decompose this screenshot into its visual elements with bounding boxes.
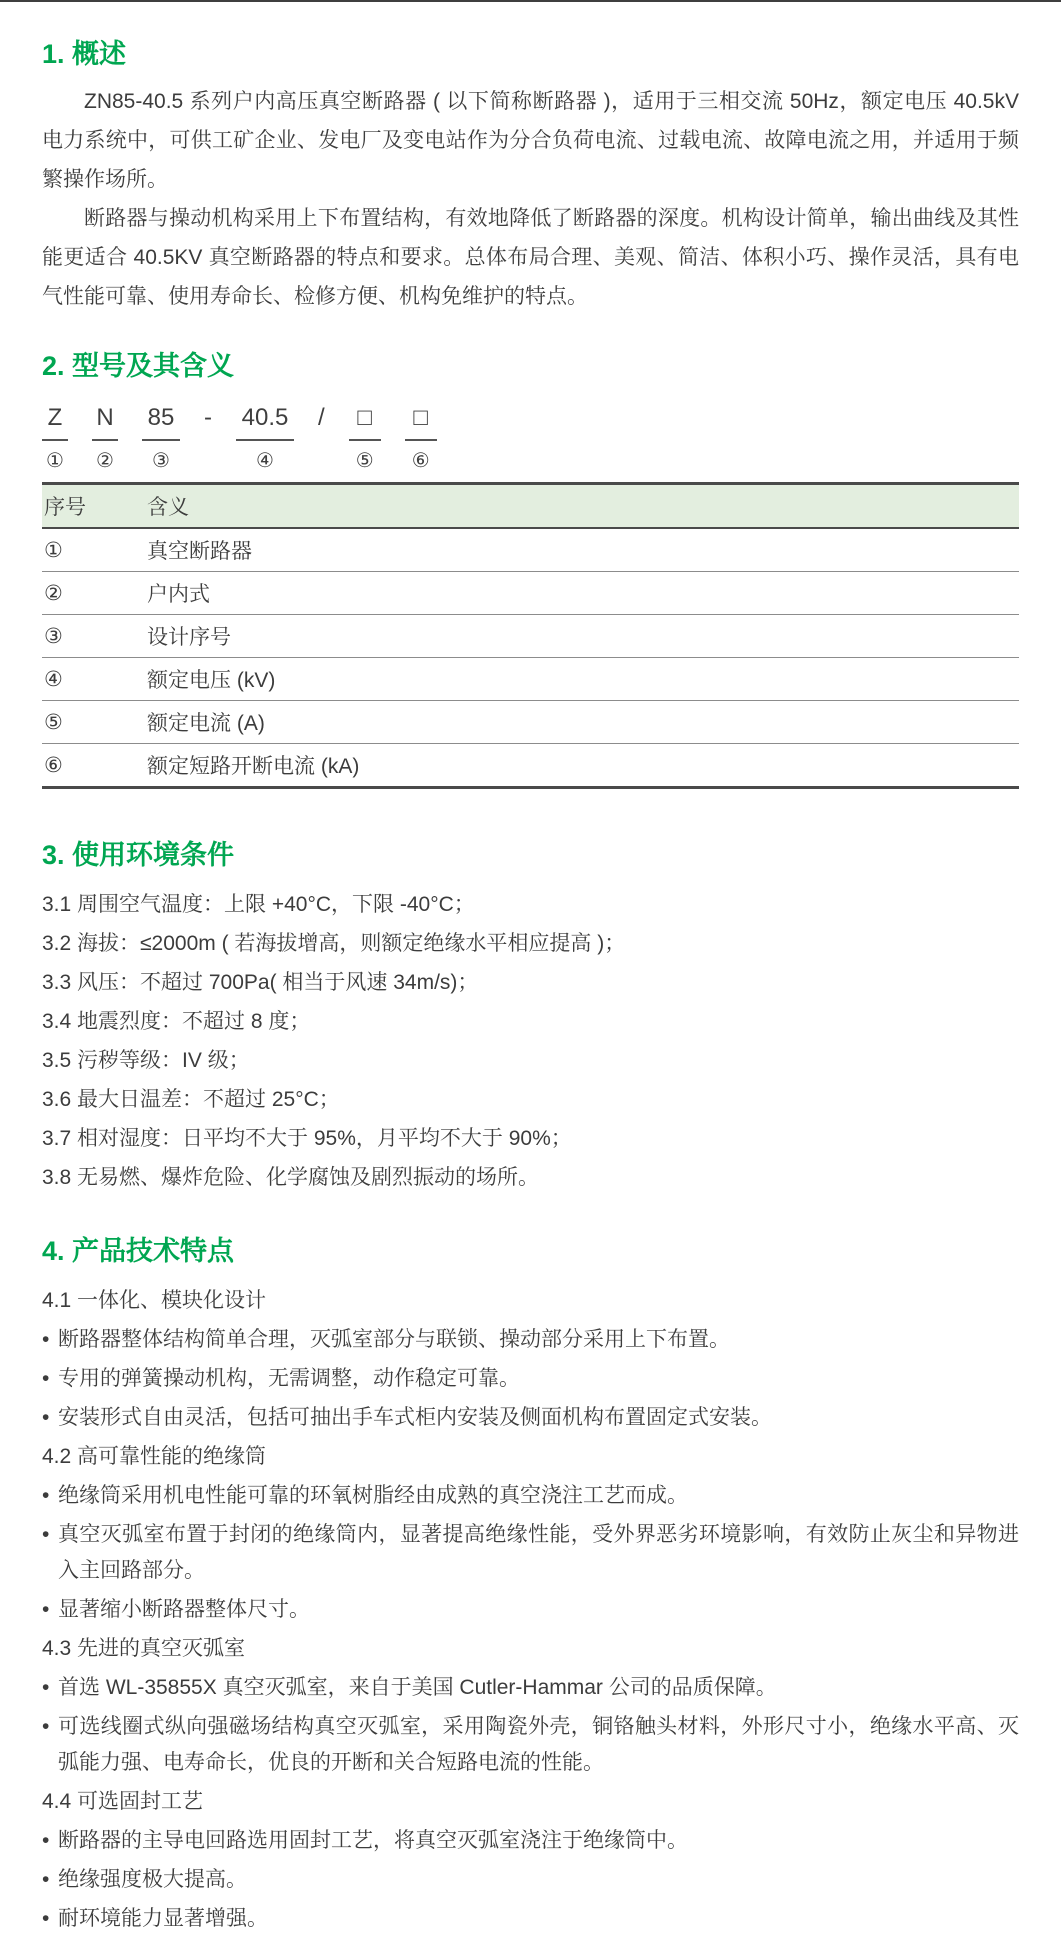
section2-title: 2. 型号及其含义 xyxy=(42,316,1019,382)
feature-bullet: • 首选 WL-35855X 真空灭弧室，来自于美国 Cutler-Hammar… xyxy=(42,1670,1019,1706)
feature-subheading: 4.4 可选固封工艺 xyxy=(42,1784,1019,1820)
row-meaning-cell: 额定电压 (kV) xyxy=(145,658,1019,701)
table-row: ② 户内式 xyxy=(42,572,1019,615)
feature-bullet-text: 真空灭弧室布置于封闭的绝缘筒内，显著提高绝缘性能，受外界恶劣环境影响，有效防止灰… xyxy=(58,1517,1019,1589)
feature-bullet: • 断路器整体结构简单合理，灭弧室部分与联锁、操动部分采用上下布置。 xyxy=(42,1322,1019,1358)
table-header-row: 序号 含义 xyxy=(42,484,1019,529)
feature-bullet-text: 首选 WL-35855X 真空灭弧室，来自于美国 Cutler-Hammar 公… xyxy=(58,1670,1019,1706)
row-meaning-cell: 额定电流 (A) xyxy=(145,701,1019,744)
model-meaning-table: 序号 含义 ① 真空断路器 ② 户内式 ③ 设计序号 ④ xyxy=(42,482,1019,789)
circled-number: ② xyxy=(96,450,114,472)
model-code-label: 85 xyxy=(148,402,175,434)
table-row: ③ 设计序号 xyxy=(42,615,1019,658)
section4-title: 4. 产品技术特点 xyxy=(42,1199,1019,1267)
model-code-part-2: N ② xyxy=(92,402,118,472)
circled-number: ① xyxy=(46,450,64,472)
row-index-cell: ④ xyxy=(42,658,145,701)
feature-bullet: • 可选线圈式纵向强磁场结构真空灭弧室，采用陶瓷外壳，铜铬触头材料，外形尺寸小，… xyxy=(42,1709,1019,1781)
bullet-marker: • xyxy=(42,1709,58,1781)
circled-number: ⑥ xyxy=(412,450,430,472)
bullet-marker: • xyxy=(42,1862,58,1898)
overview-paragraph-2: 断路器与操动机构采用上下布置结构，有效地降低了断路器的深度。机构设计简单，输出曲… xyxy=(42,199,1019,316)
circled-number: ⑤ xyxy=(356,450,374,472)
env-condition-item: 3.2 海拔：≤2000m ( 若海拔增高，则额定绝缘水平相应提高 )； xyxy=(42,926,1019,962)
feature-bullet-text: 专用的弹簧操动机构，无需调整，动作稳定可靠。 xyxy=(58,1361,1019,1397)
model-code-label: Z xyxy=(48,402,63,434)
env-condition-list: 3.1 周围空气温度：上限 +40°C，下限 -40°C； 3.2 海拔：≤20… xyxy=(42,887,1019,1196)
feature-list: 4.1 一体化、模块化设计 • 断路器整体结构简单合理，灭弧室部分与联锁、操动部… xyxy=(42,1283,1019,1937)
feature-bullet-text: 安装形式自由灵活，包括可抽出手车式柜内安装及侧面机构布置固定式安装。 xyxy=(58,1400,1019,1436)
bullet-marker: • xyxy=(42,1478,58,1514)
env-condition-item: 3.6 最大日温差：不超过 25°C； xyxy=(42,1082,1019,1118)
env-condition-item: 3.7 相对湿度：日平均不大于 95%，月平均不大于 90%； xyxy=(42,1121,1019,1157)
row-meaning-cell: 真空断路器 xyxy=(145,528,1019,572)
model-code-diagram: Z ① N ② 85 ③ - 40.5 ④ / □ xyxy=(42,402,1019,472)
model-code-part-3: 85 ③ xyxy=(142,402,180,472)
circled-number: ③ xyxy=(152,450,170,472)
model-code-part-4: 40.5 ④ xyxy=(236,402,294,472)
row-index-cell: ① xyxy=(42,528,145,572)
feature-subheading: 4.2 高可靠性能的绝缘筒 xyxy=(42,1439,1019,1475)
model-code-placeholder-box: □ xyxy=(357,402,372,434)
row-index-cell: ⑤ xyxy=(42,701,145,744)
feature-bullet: • 安装形式自由灵活，包括可抽出手车式柜内安装及侧面机构布置固定式安装。 xyxy=(42,1400,1019,1436)
feature-subheading: 4.3 先进的真空灭弧室 xyxy=(42,1631,1019,1667)
model-code-underline xyxy=(42,439,68,441)
feature-bullet-text: 绝缘强度极大提高。 xyxy=(58,1862,1019,1898)
model-code-part-6: □ ⑥ xyxy=(405,402,437,472)
env-condition-item: 3.5 污秽等级：IV 级； xyxy=(42,1043,1019,1079)
bullet-marker: • xyxy=(42,1592,58,1628)
feature-bullet: • 显著缩小断路器整体尺寸。 xyxy=(42,1592,1019,1628)
bullet-marker: • xyxy=(42,1361,58,1397)
bullet-marker: • xyxy=(42,1901,58,1937)
row-index-cell: ⑥ xyxy=(42,744,145,788)
model-code-separator-slash: / xyxy=(318,402,325,434)
bullet-marker: • xyxy=(42,1670,58,1706)
model-code-label: 40.5 xyxy=(242,402,289,434)
table-row: ⑤ 额定电流 (A) xyxy=(42,701,1019,744)
feature-bullet-text: 断路器整体结构简单合理，灭弧室部分与联锁、操动部分采用上下布置。 xyxy=(58,1322,1019,1358)
section-model-designation: 2. 型号及其含义 Z ① N ② 85 ③ - 40.5 ④ xyxy=(42,316,1019,789)
feature-bullet-text: 显著缩小断路器整体尺寸。 xyxy=(58,1592,1019,1628)
document-page: 1. 概述 ZN85-40.5 系列户内高压真空断路器 ( 以下简称断路器 )，… xyxy=(0,2,1061,1958)
table-row: ① 真空断路器 xyxy=(42,528,1019,572)
env-condition-item: 3.4 地震烈度：不超过 8 度； xyxy=(42,1004,1019,1040)
section1-title: 1. 概述 xyxy=(42,2,1019,70)
model-code-underline xyxy=(236,439,294,441)
feature-bullet-text: 断路器的主导电回路选用固封工艺，将真空灭弧室浇注于绝缘筒中。 xyxy=(58,1823,1019,1859)
feature-bullet-text: 可选线圈式纵向强磁场结构真空灭弧室，采用陶瓷外壳，铜铬触头材料，外形尺寸小，绝缘… xyxy=(58,1709,1019,1781)
table-header-meaning: 含义 xyxy=(145,484,1019,529)
model-code-part-5: □ ⑤ xyxy=(349,402,381,472)
row-meaning-cell: 设计序号 xyxy=(145,615,1019,658)
circled-number: ④ xyxy=(256,450,274,472)
table-header-seq: 序号 xyxy=(42,484,145,529)
env-condition-item: 3.8 无易燃、爆炸危险、化学腐蚀及剧烈振动的场所。 xyxy=(42,1160,1019,1196)
model-code-placeholder-box: □ xyxy=(413,402,428,434)
section3-title: 3. 使用环境条件 xyxy=(42,789,1019,871)
model-code-underline xyxy=(142,439,180,441)
model-code-part-1: Z ① xyxy=(42,402,68,472)
bullet-marker: • xyxy=(42,1823,58,1859)
feature-bullet: • 绝缘筒采用机电性能可靠的环氧树脂经由成熟的真空浇注工艺而成。 xyxy=(42,1478,1019,1514)
overview-paragraphs: ZN85-40.5 系列户内高压真空断路器 ( 以下简称断路器 )，适用于三相交… xyxy=(42,82,1019,316)
section-overview: 1. 概述 ZN85-40.5 系列户内高压真空断路器 ( 以下简称断路器 )，… xyxy=(42,2,1019,316)
feature-bullet: • 绝缘强度极大提高。 xyxy=(42,1862,1019,1898)
feature-subheading: 4.1 一体化、模块化设计 xyxy=(42,1283,1019,1319)
row-index-cell: ② xyxy=(42,572,145,615)
model-code-underline xyxy=(349,439,381,441)
env-condition-item: 3.1 周围空气温度：上限 +40°C，下限 -40°C； xyxy=(42,887,1019,923)
feature-bullet: • 耐环境能力显著增强。 xyxy=(42,1901,1019,1937)
model-code-label: N xyxy=(96,402,113,434)
model-code-underline xyxy=(405,439,437,441)
row-meaning-cell: 额定短路开断电流 (kA) xyxy=(145,744,1019,788)
section-product-features: 4. 产品技术特点 4.1 一体化、模块化设计 • 断路器整体结构简单合理，灭弧… xyxy=(42,1199,1019,1937)
bullet-marker: • xyxy=(42,1322,58,1358)
section-environment-conditions: 3. 使用环境条件 3.1 周围空气温度：上限 +40°C，下限 -40°C； … xyxy=(42,789,1019,1196)
bullet-marker: • xyxy=(42,1400,58,1436)
model-code-underline xyxy=(92,439,118,441)
feature-bullet: • 断路器的主导电回路选用固封工艺，将真空灭弧室浇注于绝缘筒中。 xyxy=(42,1823,1019,1859)
feature-bullet: • 专用的弹簧操动机构，无需调整，动作稳定可靠。 xyxy=(42,1361,1019,1397)
env-condition-item: 3.3 风压：不超过 700Pa( 相当于风速 34m/s)； xyxy=(42,965,1019,1001)
row-meaning-cell: 户内式 xyxy=(145,572,1019,615)
model-code-separator-dash: - xyxy=(204,402,212,434)
row-index-cell: ③ xyxy=(42,615,145,658)
feature-bullet-text: 耐环境能力显著增强。 xyxy=(58,1901,1019,1937)
feature-bullet-text: 绝缘筒采用机电性能可靠的环氧树脂经由成熟的真空浇注工艺而成。 xyxy=(58,1478,1019,1514)
table-row: ⑥ 额定短路开断电流 (kA) xyxy=(42,744,1019,788)
overview-paragraph-1: ZN85-40.5 系列户内高压真空断路器 ( 以下简称断路器 )，适用于三相交… xyxy=(42,82,1019,199)
table-row: ④ 额定电压 (kV) xyxy=(42,658,1019,701)
bullet-marker: • xyxy=(42,1517,58,1589)
feature-bullet: • 真空灭弧室布置于封闭的绝缘筒内，显著提高绝缘性能，受外界恶劣环境影响，有效防… xyxy=(42,1517,1019,1589)
